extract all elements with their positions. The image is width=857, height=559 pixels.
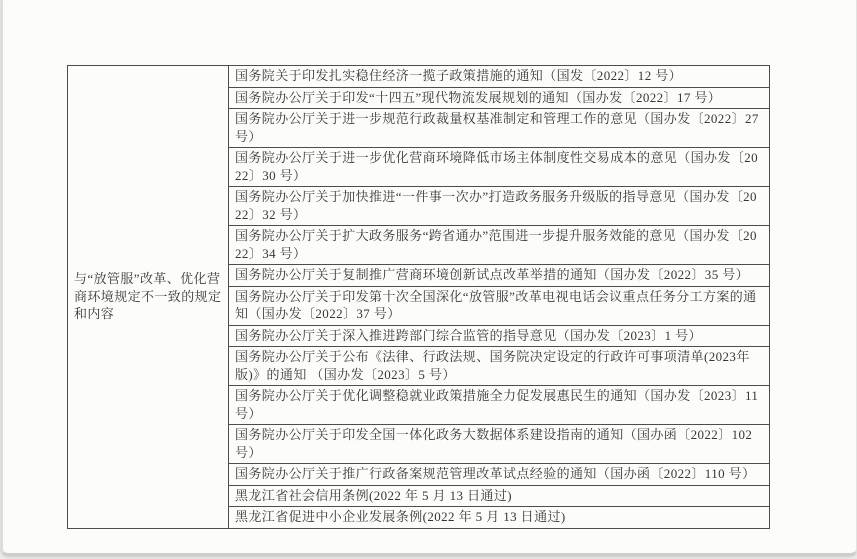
document-cell: 国务院办公厅关于印发全国一体化政务大数据体系建设指南的通知（国办函〔2022〕1… — [229, 425, 770, 464]
table-row: 与“放管服”改革、优化营商环境规定不一致的规定和内容 国务院关于印发扎实稳住经济… — [68, 66, 770, 88]
document-cell: 国务院办公厅关于推广行政备案规范管理改革试点经验的通知（国办函〔2022〕110… — [229, 464, 770, 486]
document-cell: 国务院办公厅关于加快推进“一件事一次办”打造政务服务升级版的指导意见（国办发〔2… — [229, 187, 770, 226]
document-cell: 国务院办公厅关于优化调整稳就业政策措施全力促发展惠民生的通知（国办发〔2023〕… — [229, 386, 770, 425]
scanned-document-page: 与“放管服”改革、优化营商环境规定不一致的规定和内容 国务院关于印发扎实稳住经济… — [1, 0, 857, 556]
document-cell: 国务院办公厅关于印发第十次全国深化“放管服”改革电视电话会议重点任务分工方案的通… — [229, 286, 770, 325]
document-cell: 国务院办公厅关于扩大政务服务“跨省通办”范围进一步提升服务效能的意见（国办发〔2… — [229, 226, 770, 265]
document-cell: 国务院办公厅关于进一步规范行政裁量权基准制定和管理工作的意见（国办发〔2022〕… — [229, 109, 770, 148]
document-cell: 黑龙江省促进中小企业发展条例(2022 年 5 月 13 日通过) — [229, 507, 770, 529]
document-cell: 黑龙江省社会信用条例(2022 年 5 月 13 日通过) — [229, 485, 770, 507]
document-cell: 国务院办公厅关于进一步优化营商环境降低市场主体制度性交易成本的意见（国办发〔20… — [229, 148, 770, 187]
document-cell: 国务院办公厅关于印发“十四五”现代物流发展规划的通知（国办发〔2022〕17 号… — [229, 87, 770, 109]
category-cell: 与“放管服”改革、优化营商环境规定不一致的规定和内容 — [68, 66, 229, 529]
regulations-table: 与“放管服”改革、优化营商环境规定不一致的规定和内容 国务院关于印发扎实稳住经济… — [67, 65, 770, 529]
document-cell: 国务院关于印发扎实稳住经济一揽子政策措施的通知（国发〔2022〕12 号） — [229, 66, 770, 88]
document-cell: 国务院办公厅关于公布《法律、行政法规、国务院决定设定的行政许可事项清单(2023… — [229, 347, 770, 386]
document-cell: 国务院办公厅关于深入推进跨部门综合监管的指导意见（国办发〔2023〕1 号） — [229, 325, 770, 347]
document-cell: 国务院办公厅关于复制推广营商环境创新试点改革举措的通知（国办发〔2022〕35 … — [229, 265, 770, 287]
